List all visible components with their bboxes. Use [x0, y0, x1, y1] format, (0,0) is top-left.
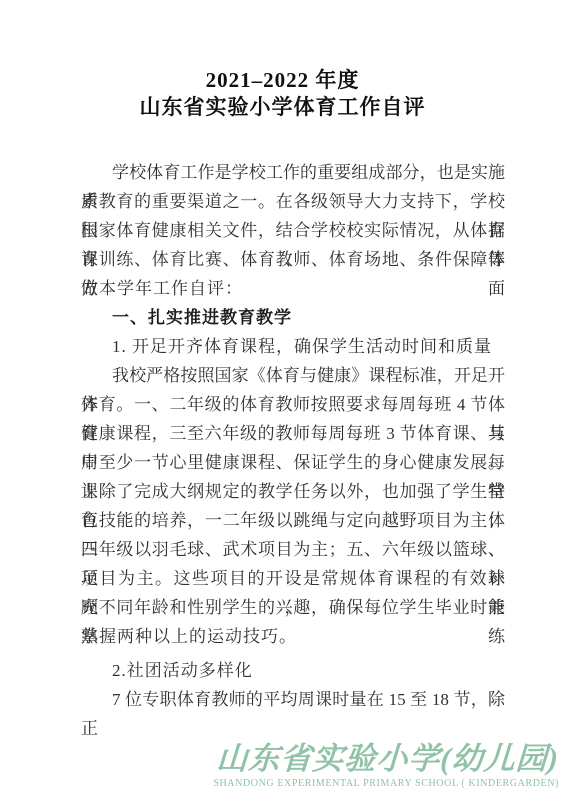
document-line: 育训练、体育比赛、体育教师、体育场地、条件保障等方面 — [81, 245, 505, 274]
document-line: 顾不同年龄和性别学生的兴趣，确保每位学生毕业时能熟练 — [81, 593, 505, 622]
document-line: 学校体育工作是学校工作的重要组成部分，也是实施素 — [81, 158, 505, 187]
document-line: 上除了完成大纲规定的教学任务以外，也加强了学生特色体 — [81, 477, 505, 506]
document-line: 健康课程，三至六年级的教师每周每班 3 节体育课、其中每 — [81, 419, 505, 448]
document-line: 1. 开足开齐体育课程，确保学生活动时间和质量 — [81, 332, 505, 361]
title-line-year: 2021–2022 年度 — [0, 67, 565, 94]
title-line-school: 山东省实验小学体育工作自评 — [0, 94, 565, 121]
section-heading: 一、扎实推进教育教学 — [81, 303, 505, 332]
document-line: 体育。一、二年级的体育教师按照要求每周每班 4 节体育与 — [81, 390, 505, 419]
document-page: 2021–2022 年度 山东省实验小学体育工作自评 学校体育工作是学校工作的重… — [0, 0, 565, 800]
document-title: 2021–2022 年度 山东省实验小学体育工作自评 — [0, 67, 565, 121]
document-line: 周至少一节心里健康课程、保证学生的身心健康发展。课堂 — [81, 448, 505, 477]
school-logo-chinese: 山东省实验小学(幼儿园) — [138, 741, 560, 777]
document-line: 我校严格按照国家《体育与健康》课程标准，开足开齐 — [81, 361, 505, 390]
document-line: 2.社团活动多样化 — [81, 656, 505, 685]
document-line: 四年级以羽毛球、武术项目为主；五、六年级以篮球、足球 — [81, 535, 505, 564]
document-line: 质教育的重要渠道之一。在各级领导大力支持下，学校根据 — [81, 187, 505, 216]
document-line: 7 位专职体育教师的平均周课时量在 15 至 18 节，除正 — [81, 685, 505, 714]
document-line: 育技能的培养，一二年级以跳绳与定向越野项目为主；三、 — [81, 506, 505, 535]
school-logo-english: SHANDONG EXPERIMENTAL PRIMARY SCHOOL ( K… — [139, 778, 559, 790]
footer-watermark: 山东省实验小学(幼儿园) SHANDONG EXPERIMENTAL PRIMA… — [139, 741, 559, 790]
document-line: 项目为主。这些项目的开设是常规体育课程的有效补充，兼 — [81, 564, 505, 593]
document-body: 学校体育工作是学校工作的重要组成部分，也是实施素质教育的重要渠道之一。在各级领导… — [81, 158, 505, 714]
document-line: 国家体育健康相关文件，结合学校校实际情况，从体育课、体 — [81, 216, 505, 245]
